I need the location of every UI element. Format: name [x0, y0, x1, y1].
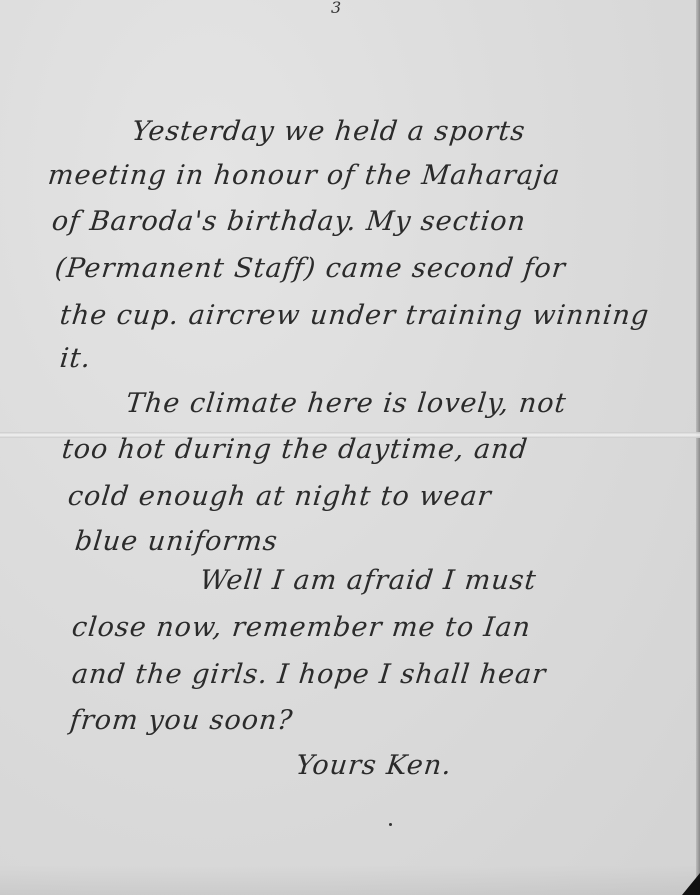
signature: Yours Ken. — [294, 750, 453, 781]
page-number: 3 — [331, 0, 341, 17]
letter-line: Yesterday we held a sports — [130, 116, 527, 147]
ink-speck — [389, 823, 392, 826]
letter-line: close now, remember me to Ian — [70, 612, 532, 643]
letter-line: the cup. aircrew under training winning — [58, 300, 650, 331]
letter-line: Well I am afraid I must — [198, 565, 538, 596]
letter-line: (Permanent Staff) came second for — [53, 253, 567, 284]
bottom-shadow — [0, 865, 700, 895]
letter-page: 3 Yesterday we held a sports meeting in … — [0, 0, 700, 895]
letter-line: The climate here is lovely, not — [124, 388, 568, 419]
letter-line: blue uniforms — [73, 526, 279, 557]
letter-line: of Baroda's birthday. My section — [50, 206, 527, 237]
paper-edge — [696, 0, 700, 895]
letter-line: and the girls. I hope I shall hear — [70, 659, 547, 690]
corner-curl — [682, 873, 700, 895]
letter-line: meeting in honour of the Maharaja — [46, 160, 562, 191]
letter-line: from you soon? — [68, 705, 294, 736]
letter-line: cold enough at night to wear — [66, 481, 493, 512]
letter-line: too hot during the daytime, and — [60, 434, 529, 465]
letter-line: it. — [58, 343, 92, 374]
